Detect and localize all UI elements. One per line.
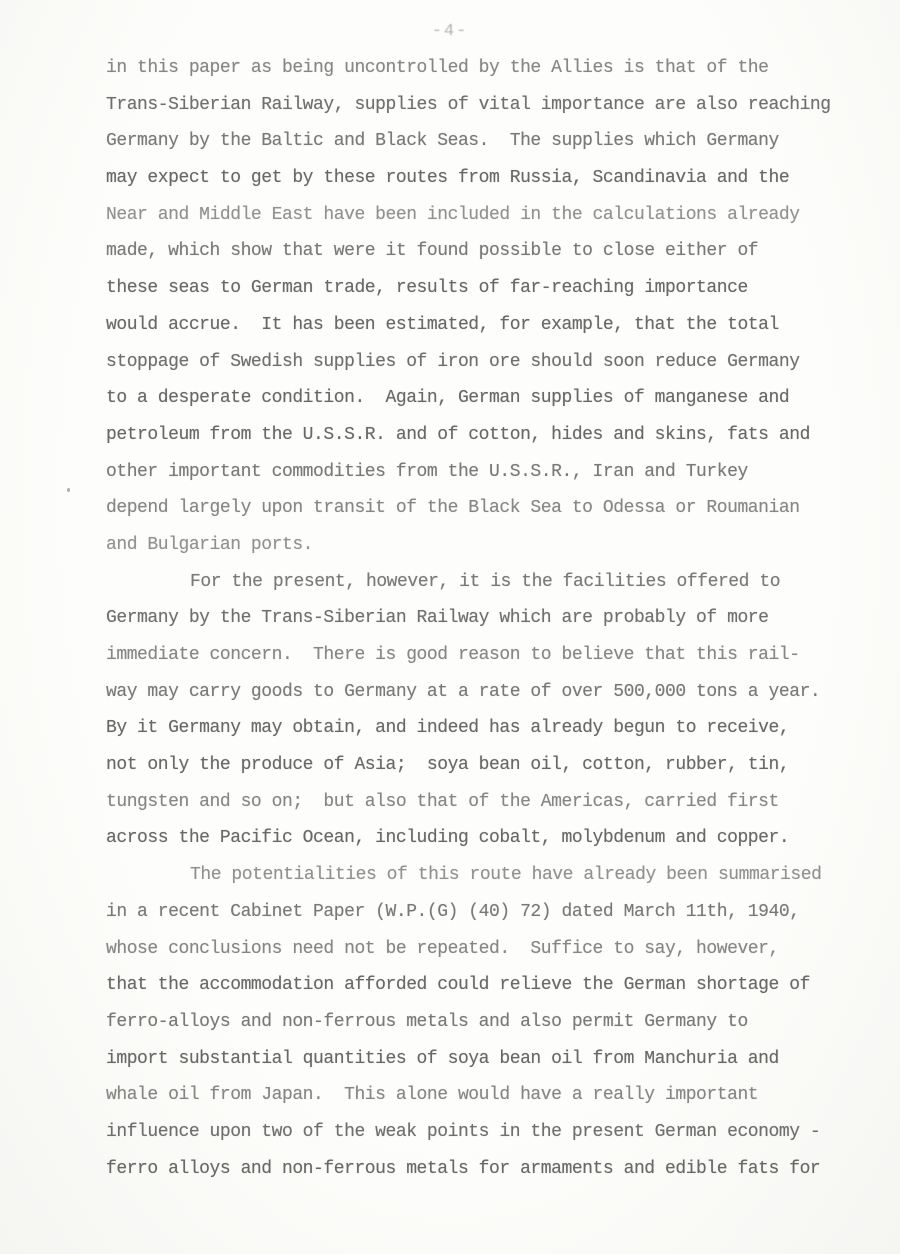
document-line: that the accommodation afforded could re… xyxy=(106,967,870,1004)
document-line: and Bulgarian ports. xyxy=(106,527,870,564)
document-line: across the Pacific Ocean, including coba… xyxy=(106,820,870,857)
document-line: other important commodities from the U.S… xyxy=(106,454,870,491)
document-page: -4- in this paper as being uncontrolled … xyxy=(0,0,900,1254)
document-line: whose conclusions need not be repeated. … xyxy=(106,931,870,968)
document-line: depend largely upon transit of the Black… xyxy=(106,490,870,527)
document-line: stoppage of Swedish supplies of iron ore… xyxy=(106,344,870,381)
document-line: Near and Middle East have been included … xyxy=(106,197,870,234)
document-line: ferro alloys and non-ferrous metals for … xyxy=(106,1151,870,1188)
document-line: By it Germany may obtain, and indeed has… xyxy=(106,710,870,747)
document-line: not only the produce of Asia; soya bean … xyxy=(106,747,870,784)
document-line: Germany by the Trans-Siberian Railway wh… xyxy=(106,600,870,637)
document-line: way may carry goods to Germany at a rate… xyxy=(106,674,870,711)
document-line: would accrue. It has been estimated, for… xyxy=(106,307,870,344)
document-line: Germany by the Baltic and Black Seas. Th… xyxy=(106,123,870,160)
document-line: may expect to get by these routes from R… xyxy=(106,160,870,197)
document-line: import substantial quantities of soya be… xyxy=(106,1041,870,1078)
page-number: -4- xyxy=(0,22,900,41)
document-line: Trans-Siberian Railway, supplies of vita… xyxy=(106,87,870,124)
document-line: whale oil from Japan. This alone would h… xyxy=(106,1077,870,1114)
document-line: in this paper as being uncontrolled by t… xyxy=(106,50,870,87)
text-block: in this paper as being uncontrolled by t… xyxy=(106,50,870,1187)
document-line: For the present, however, it is the faci… xyxy=(106,564,870,601)
document-line: these seas to German trade, results of f… xyxy=(106,270,870,307)
document-line: tungsten and so on; but also that of the… xyxy=(106,784,870,821)
document-line: immediate concern. There is good reason … xyxy=(106,637,870,674)
document-line: influence upon two of the weak points in… xyxy=(106,1114,870,1151)
document-line: in a recent Cabinet Paper (W.P.(G) (40) … xyxy=(106,894,870,931)
document-line: The potentialities of this route have al… xyxy=(106,857,870,894)
document-line: ferro-alloys and non-ferrous metals and … xyxy=(106,1004,870,1041)
document-line: to a desperate condition. Again, German … xyxy=(106,380,870,417)
document-line: made, which show that were it found poss… xyxy=(106,233,870,270)
document-line: petroleum from the U.S.S.R. and of cotto… xyxy=(106,417,870,454)
ink-speck xyxy=(67,488,70,492)
